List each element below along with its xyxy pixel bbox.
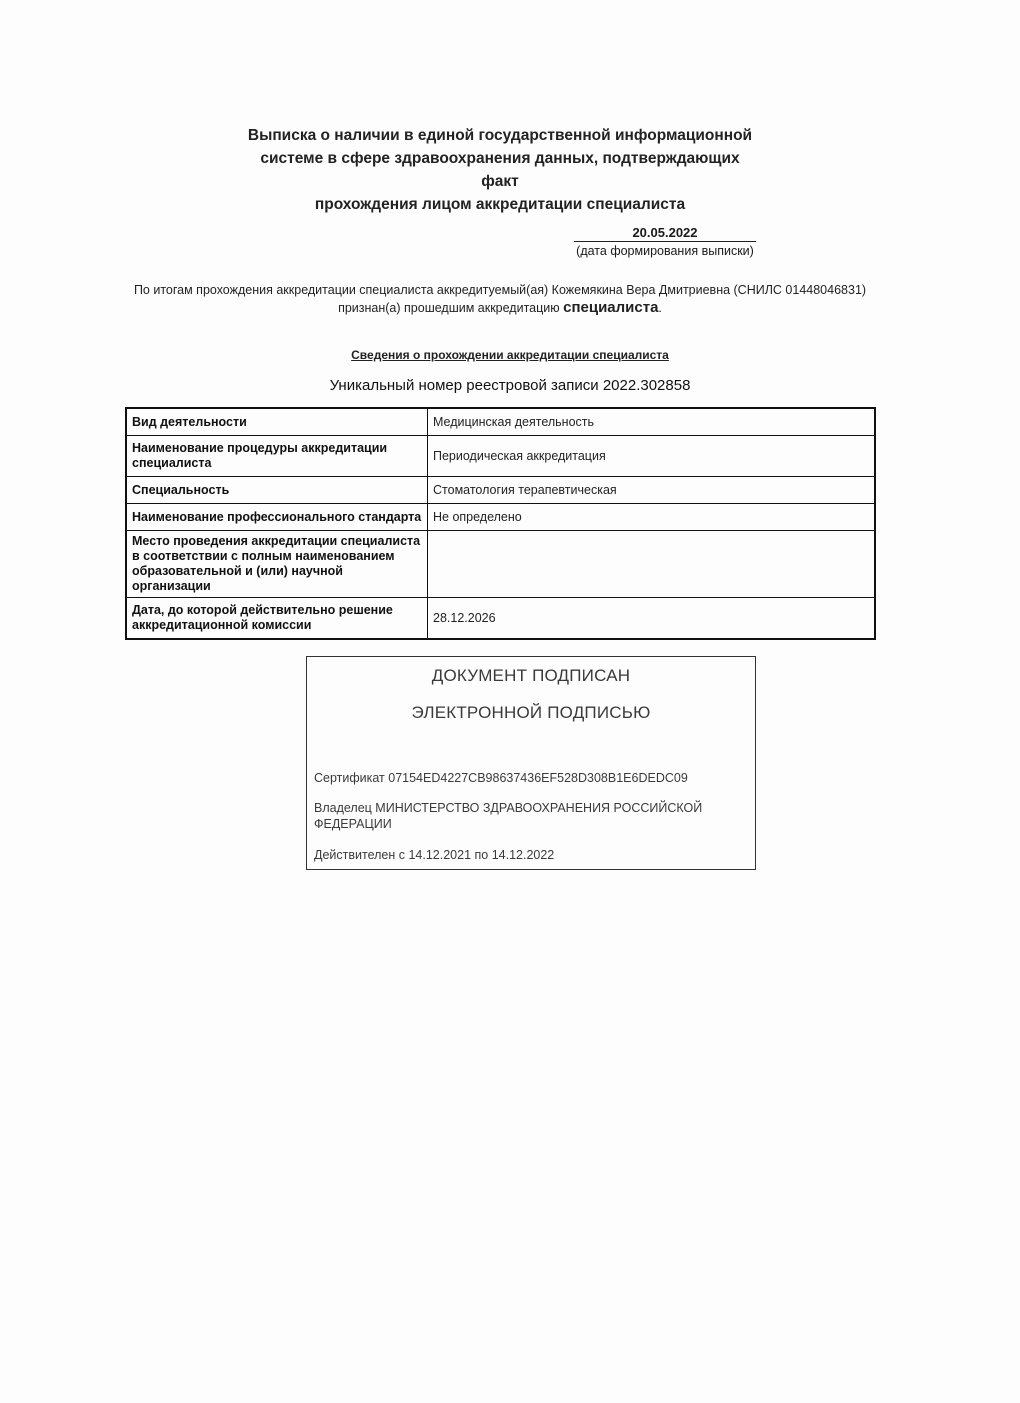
document-title-line-3: прохождения лицом аккредитации специалис… [240,193,760,216]
formation-date: 20.05.2022 [574,225,756,242]
registry-number: Уникальный номер реестровой записи 2022.… [260,377,760,394]
row-value: 28.12.2026 [428,598,876,640]
intro-line-2: признан(а) прошедшим аккредитацию специа… [120,299,880,317]
row-value: Периодическая аккредитация [428,436,876,477]
row-value: Стоматология терапевтическая [428,477,876,504]
intro-line-1: По итогам прохождения аккредитации специ… [120,282,880,299]
row-label: Дата, до которой действительно решение а… [126,598,428,640]
intro-line-2-prefix: признан(а) прошедшим аккредитацию [338,301,560,315]
document-title: Выписка о наличии в единой государственн… [240,124,760,216]
row-label: Наименование профессионального стандарта [126,504,428,531]
row-label: Место проведения аккредитации специалист… [126,531,428,598]
table-row: Специальность Стоматология терапевтическ… [126,477,875,504]
row-label: Специальность [126,477,428,504]
stamp-certificate: Сертификат 07154ED4227CB98637436EF528D30… [314,770,744,786]
row-label: Наименование процедуры аккредитации спец… [126,436,428,477]
table-row: Наименование процедуры аккредитации спец… [126,436,875,477]
row-value: Медицинская деятельность [428,408,876,436]
row-value: Не определено [428,504,876,531]
intro-paragraph: По итогам прохождения аккредитации специ… [120,282,880,317]
stamp-validity: Действителен с 14.12.2021 по 14.12.2022 [314,847,744,863]
intro-line-2-emphasis: специалиста [563,299,658,316]
row-label: Вид деятельности [126,408,428,436]
table-row: Наименование профессионального стандарта… [126,504,875,531]
formation-date-caption: (дата формирования выписки) [574,243,756,259]
section-heading: Сведения о прохождении аккредитации спец… [300,348,720,362]
accreditation-info-table: Вид деятельности Медицинская деятельност… [125,407,876,640]
row-value [428,531,876,598]
document-title-line-2: системе в сфере здравоохранения данных, … [240,147,760,193]
intro-line-2-suffix: . [658,301,661,315]
stamp-heading-line-2: ЭЛЕКТРОННОЙ ПОДПИСЬЮ [307,703,755,723]
document-title-line-1: Выписка о наличии в единой государственн… [240,124,760,147]
electronic-signature-stamp: ДОКУМЕНТ ПОДПИСАН ЭЛЕКТРОННОЙ ПОДПИСЬЮ С… [306,656,756,870]
formation-date-block: 20.05.2022 (дата формирования выписки) [574,225,756,259]
table-row: Вид деятельности Медицинская деятельност… [126,408,875,436]
stamp-heading-line-1: ДОКУМЕНТ ПОДПИСАН [307,666,755,686]
table-row: Место проведения аккредитации специалист… [126,531,875,598]
table-row: Дата, до которой действительно решение а… [126,598,875,640]
stamp-owner: Владелец МИНИСТЕРСТВО ЗДРАВООХРАНЕНИЯ РО… [314,800,744,832]
